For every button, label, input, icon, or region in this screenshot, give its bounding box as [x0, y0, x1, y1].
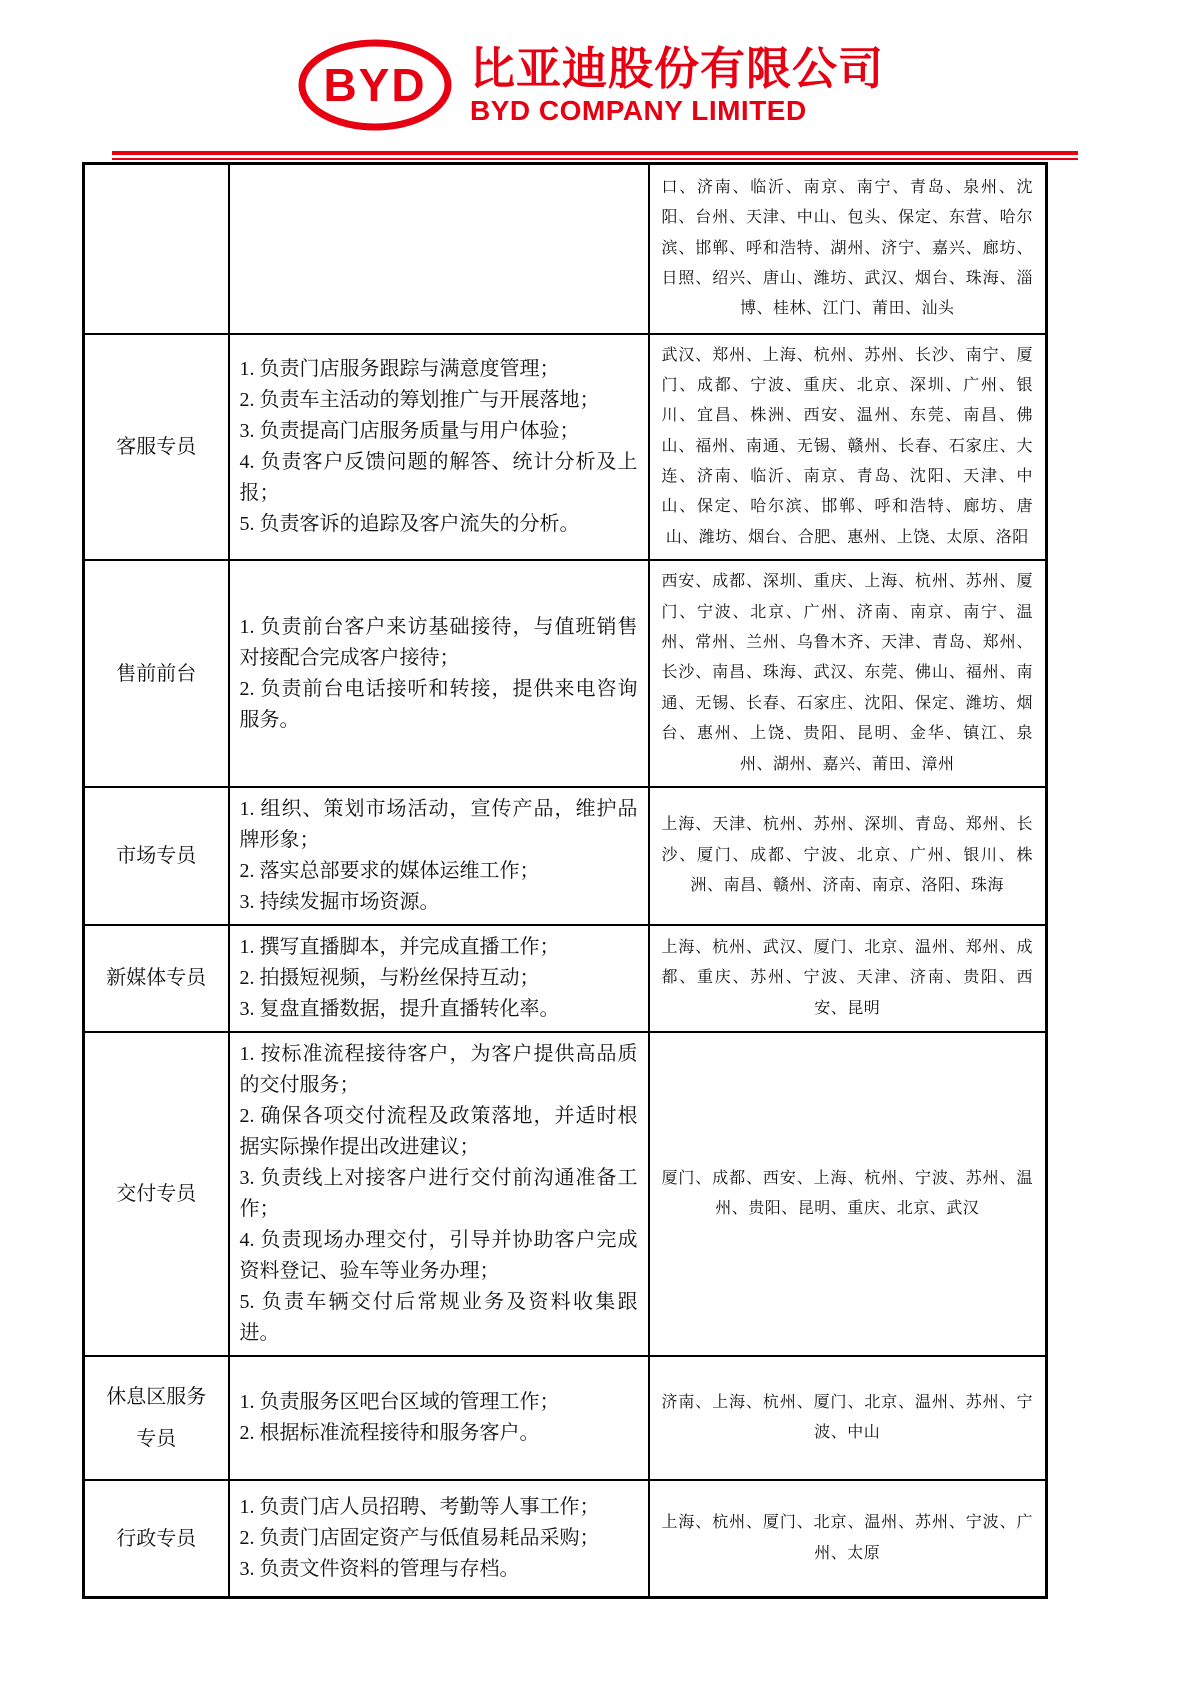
duties-cell: 1. 撰写直播脚本，并完成直播工作； 2. 拍摄短视频，与粉丝保持互动； 3. …: [229, 925, 649, 1032]
company-names: 比亚迪股份有限公司 BYD COMPANY LIMITED: [470, 43, 884, 127]
byd-logo-icon: BYD: [296, 37, 454, 133]
duties-cell: 1. 负责前台客户来访基础接待，与值班销售对接配合完成客户接待； 2. 负责前台…: [229, 560, 649, 787]
table-row: 行政专员 1. 负责门店人员招聘、考勤等人事工作； 2. 负责门店固定资产与低值…: [84, 1480, 1047, 1598]
table-row: 市场专员 1. 组织、策划市场活动，宣传产品，维护品牌形象； 2. 落实总部要求…: [84, 787, 1047, 925]
position-cell: 休息区服务 专员: [84, 1356, 229, 1480]
position-cell: 市场专员: [84, 787, 229, 925]
position-cell: 客服专员: [84, 334, 229, 561]
table-row: 售前前台 1. 负责前台客户来访基础接待，与值班销售对接配合完成客户接待； 2.…: [84, 560, 1047, 787]
duties-cell: 1. 负责门店服务跟踪与满意度管理； 2. 负责车主活动的筹划推广与开展落地； …: [229, 334, 649, 561]
company-name-en: BYD COMPANY LIMITED: [470, 95, 884, 127]
table-row: 交付专员 1. 按标准流程接待客户，为客户提供高品质的交付服务； 2. 确保各项…: [84, 1032, 1047, 1356]
document-page: BYD 比亚迪股份有限公司 BYD COMPANY LIMITED 口、济南、临…: [0, 0, 1191, 1684]
table-row: 新媒体专员 1. 撰写直播脚本，并完成直播工作； 2. 拍摄短视频，与粉丝保持互…: [84, 925, 1047, 1032]
jobs-table-body: 口、济南、临沂、南京、南宁、青岛、泉州、沈阳、台州、天津、中山、包头、保定、东营…: [84, 164, 1047, 1598]
cities-cell: 上海、杭州、厦门、北京、温州、苏州、宁波、广州、太原: [649, 1480, 1047, 1598]
duties-cell: 1. 按标准流程接待客户，为客户提供高品质的交付服务； 2. 确保各项交付流程及…: [229, 1032, 649, 1356]
cities-cell: 上海、杭州、武汉、厦门、北京、温州、郑州、成都、重庆、苏州、宁波、天津、济南、贵…: [649, 925, 1047, 1032]
position-cell: 新媒体专员: [84, 925, 229, 1032]
byd-logo-letters: BYD: [323, 59, 426, 111]
position-cell: 交付专员: [84, 1032, 229, 1356]
letterhead: BYD 比亚迪股份有限公司 BYD COMPANY LIMITED: [296, 36, 1191, 134]
duties-cell: 1. 负责服务区吧台区域的管理工作； 2. 根据标准流程接待和服务客户。: [229, 1356, 649, 1480]
cities-cell: 济南、上海、杭州、厦门、北京、温州、苏州、宁波、中山: [649, 1356, 1047, 1480]
position-cell: [84, 164, 229, 334]
byd-logo: BYD: [296, 37, 454, 133]
cities-cell: 口、济南、临沂、南京、南宁、青岛、泉州、沈阳、台州、天津、中山、包头、保定、东营…: [649, 164, 1047, 334]
table-row: 休息区服务 专员 1. 负责服务区吧台区域的管理工作； 2. 根据标准流程接待和…: [84, 1356, 1047, 1480]
duties-cell: 1. 组织、策划市场活动，宣传产品，维护品牌形象； 2. 落实总部要求的媒体运维…: [229, 787, 649, 925]
cities-cell: 西安、成都、深圳、重庆、上海、杭州、苏州、厦门、宁波、北京、广州、济南、南京、南…: [649, 560, 1047, 787]
cities-cell: 上海、天津、杭州、苏州、深圳、青岛、郑州、长沙、厦门、成都、宁波、北京、广州、银…: [649, 787, 1047, 925]
position-cell: 售前前台: [84, 560, 229, 787]
header-divider: [112, 151, 1078, 160]
jobs-table: 口、济南、临沂、南京、南宁、青岛、泉州、沈阳、台州、天津、中山、包头、保定、东营…: [82, 162, 1048, 1599]
position-cell: 行政专员: [84, 1480, 229, 1598]
cities-cell: 武汉、郑州、上海、杭州、苏州、长沙、南宁、厦门、成都、宁波、重庆、北京、深圳、广…: [649, 334, 1047, 561]
duties-cell: [229, 164, 649, 334]
company-name-zh: 比亚迪股份有限公司: [470, 43, 884, 95]
duties-cell: 1. 负责门店人员招聘、考勤等人事工作； 2. 负责门店固定资产与低值易耗品采购…: [229, 1480, 649, 1598]
table-row: 口、济南、临沂、南京、南宁、青岛、泉州、沈阳、台州、天津、中山、包头、保定、东营…: [84, 164, 1047, 334]
cities-cell: 厦门、成都、西安、上海、杭州、宁波、苏州、温州、贵阳、昆明、重庆、北京、武汉: [649, 1032, 1047, 1356]
table-row: 客服专员 1. 负责门店服务跟踪与满意度管理； 2. 负责车主活动的筹划推广与开…: [84, 334, 1047, 561]
